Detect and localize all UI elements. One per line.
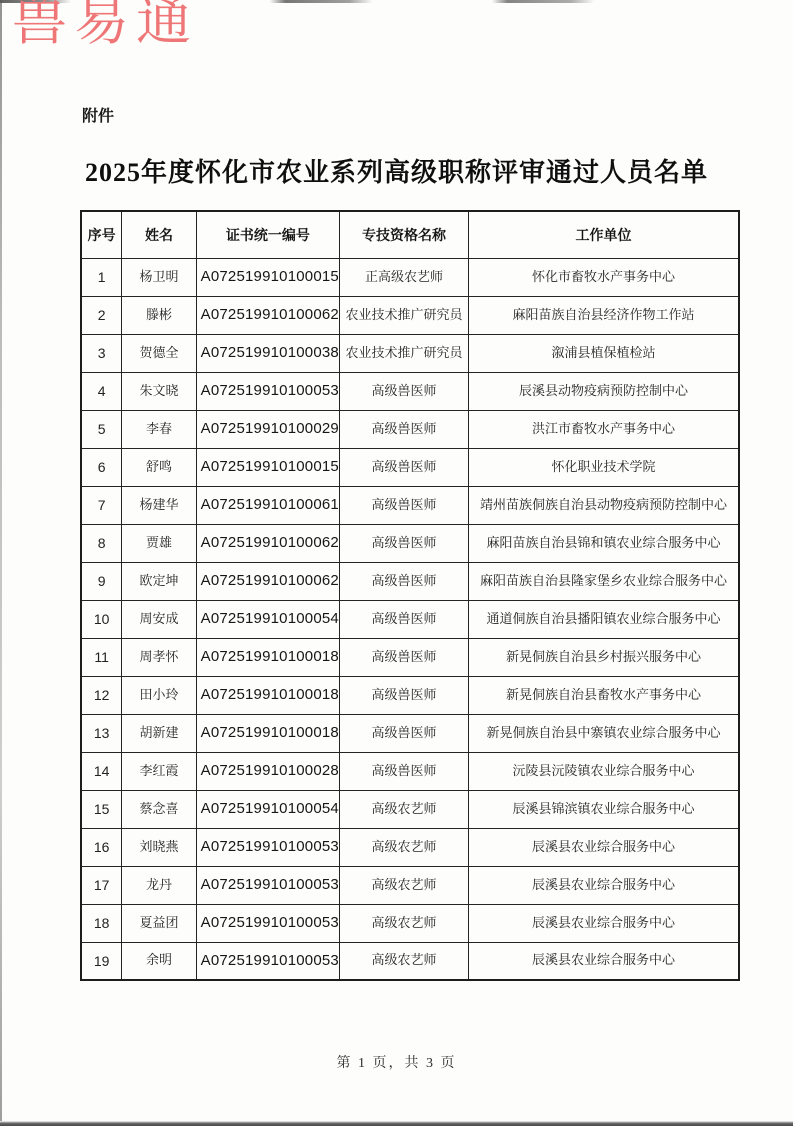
- cell-cert: A0725199101000543: [196, 600, 339, 638]
- cell-unit: 溆浦县植保植检站: [469, 334, 739, 372]
- cell-index: 14: [81, 752, 122, 790]
- cell-qual: 农业技术推广研究员: [340, 296, 469, 334]
- cell-cert: A0725199101000623: [196, 562, 339, 600]
- cell-unit: 辰溪县动物疫病预防控制中心: [469, 372, 739, 410]
- cell-unit: 辰溪县农业综合服务中心: [469, 866, 739, 904]
- cell-cert: A0725199101000389: [196, 334, 339, 372]
- cell-cert: A0725199101000614: [196, 486, 339, 524]
- cell-cert: A0725199101000181: [196, 638, 339, 676]
- column-header-cert: 证书统一编号: [196, 211, 339, 258]
- cell-cert: A0725199101000154: [196, 258, 339, 296]
- cell-unit: 麻阳苗族自治县锦和镇农业综合服务中心: [469, 524, 739, 562]
- cell-qual: 高级兽医师: [340, 486, 469, 524]
- attachment-label: 附件: [82, 103, 114, 126]
- cell-qual: 高级兽医师: [340, 752, 469, 790]
- table-row: 7杨建华A0725199101000614高级兽医师靖州苗族侗族自治县动物疫病预…: [81, 486, 739, 524]
- cell-index: 15: [81, 790, 122, 828]
- roster-table: 序号姓名证书统一编号专技资格名称工作单位 1杨卫明A07251991010001…: [80, 210, 740, 981]
- cell-cert: A0725199101000535: [196, 904, 339, 942]
- cell-index: 16: [81, 828, 122, 866]
- cell-index: 2: [81, 296, 122, 334]
- column-header-index: 序号: [81, 211, 122, 258]
- cell-unit: 靖州苗族侗族自治县动物疫病预防控制中心: [469, 486, 739, 524]
- cell-qual: 高级兽医师: [340, 638, 469, 676]
- cell-unit: 怀化职业技术学院: [469, 448, 739, 486]
- cell-index: 13: [81, 714, 122, 752]
- column-header-name: 姓名: [122, 211, 196, 258]
- cell-unit: 辰溪县农业综合服务中心: [469, 828, 739, 866]
- table-row: 14李红霞A0725199101000283高级兽医师沅陵县沅陵镇农业综合服务中…: [81, 752, 739, 790]
- table-row: 12田小玲A0725199101000184高级兽医师新晃侗族自治县畜牧水产事务…: [81, 676, 739, 714]
- cell-name: 夏益团: [122, 904, 196, 942]
- cell-qual: 正高级农艺师: [340, 258, 469, 296]
- cell-qual: 高级农艺师: [340, 904, 469, 942]
- cell-name: 滕彬: [122, 296, 196, 334]
- cell-qual: 高级兽医师: [340, 448, 469, 486]
- cell-index: 8: [81, 524, 122, 562]
- cell-qual: 农业技术推广研究员: [340, 334, 469, 372]
- scan-artifact-bottom-edge: [0, 1121, 793, 1126]
- table-row: 18夏益团A0725199101000535高级农艺师辰溪县农业综合服务中心: [81, 904, 739, 942]
- cell-qual: 高级农艺师: [340, 942, 469, 980]
- roster-table-container: 序号姓名证书统一编号专技资格名称工作单位 1杨卫明A07251991010001…: [80, 210, 740, 981]
- scanned-document-page: 兽易通 附件 2025年度怀化市农业系列高级职称评审通过人员名单 序号姓名证书统…: [0, 0, 793, 1126]
- cell-cert: A0725199101000538: [196, 372, 339, 410]
- column-header-qual: 专技资格名称: [340, 211, 469, 258]
- cell-name: 贺德全: [122, 334, 196, 372]
- table-row: 11周孝怀A0725199101000181高级兽医师新晃侗族自治县乡村振兴服务…: [81, 638, 739, 676]
- table-row: 3贺德全A0725199101000389农业技术推广研究员溆浦县植保植检站: [81, 334, 739, 372]
- cell-qual: 高级农艺师: [340, 866, 469, 904]
- cell-unit: 洪江市畜牧水产事务中心: [469, 410, 739, 448]
- cell-unit: 麻阳苗族自治县隆家堡乡农业综合服务中心: [469, 562, 739, 600]
- cell-name: 蔡念喜: [122, 790, 196, 828]
- cell-index: 5: [81, 410, 122, 448]
- cell-index: 1: [81, 258, 122, 296]
- cell-unit: 沅陵县沅陵镇农业综合服务中心: [469, 752, 739, 790]
- roster-table-body: 1杨卫明A0725199101000154正高级农艺师怀化市畜牧水产事务中心2滕…: [81, 258, 739, 980]
- table-row: 19余明A0725199101000532高级农艺师辰溪县农业综合服务中心: [81, 942, 739, 980]
- table-row: 8贾雄A0725199101000622高级兽医师麻阳苗族自治县锦和镇农业综合服…: [81, 524, 739, 562]
- column-header-unit: 工作单位: [469, 211, 739, 258]
- table-row: 17龙丹A0725199101000537高级农艺师辰溪县农业综合服务中心: [81, 866, 739, 904]
- cell-name: 龙丹: [122, 866, 196, 904]
- table-row: 10周安成A0725199101000543高级兽医师通道侗族自治县播阳镇农业综…: [81, 600, 739, 638]
- cell-qual: 高级兽医师: [340, 524, 469, 562]
- cell-index: 19: [81, 942, 122, 980]
- cell-cert: A0725199101000620: [196, 296, 339, 334]
- cell-name: 胡新建: [122, 714, 196, 752]
- cell-name: 杨卫明: [122, 258, 196, 296]
- cell-unit: 新晃侗族自治县乡村振兴服务中心: [469, 638, 739, 676]
- cell-name: 余明: [122, 942, 196, 980]
- cell-qual: 高级兽医师: [340, 600, 469, 638]
- cell-qual: 高级兽医师: [340, 676, 469, 714]
- cell-name: 舒鸣: [122, 448, 196, 486]
- cell-qual: 高级兽医师: [340, 372, 469, 410]
- cell-cert: A0725199101000534: [196, 828, 339, 866]
- cell-unit: 麻阳苗族自治县经济作物工作站: [469, 296, 739, 334]
- table-row: 4朱文晓A0725199101000538高级兽医师辰溪县动物疫病预防控制中心: [81, 372, 739, 410]
- cell-name: 朱文晓: [122, 372, 196, 410]
- cell-unit: 新晃侗族自治县畜牧水产事务中心: [469, 676, 739, 714]
- cell-cert: A0725199101000622: [196, 524, 339, 562]
- cell-cert: A0725199101000157: [196, 448, 339, 486]
- cell-index: 6: [81, 448, 122, 486]
- cell-cert: A0725199101000532: [196, 942, 339, 980]
- cell-cert: A0725199101000180: [196, 714, 339, 752]
- cell-cert: A0725199101000283: [196, 752, 339, 790]
- table-row: 1杨卫明A0725199101000154正高级农艺师怀化市畜牧水产事务中心: [81, 258, 739, 296]
- cell-name: 贾雄: [122, 524, 196, 562]
- cell-index: 17: [81, 866, 122, 904]
- table-row: 2滕彬A0725199101000620农业技术推广研究员麻阳苗族自治县经济作物…: [81, 296, 739, 334]
- cell-name: 李红霞: [122, 752, 196, 790]
- table-row: 5李春A0725199101000297高级兽医师洪江市畜牧水产事务中心: [81, 410, 739, 448]
- cell-unit: 辰溪县农业综合服务中心: [469, 904, 739, 942]
- cell-unit: 辰溪县农业综合服务中心: [469, 942, 739, 980]
- cell-unit: 怀化市畜牧水产事务中心: [469, 258, 739, 296]
- cell-name: 李春: [122, 410, 196, 448]
- cell-name: 欧定坤: [122, 562, 196, 600]
- cell-index: 12: [81, 676, 122, 714]
- cell-index: 7: [81, 486, 122, 524]
- cell-qual: 高级兽医师: [340, 562, 469, 600]
- cell-unit: 通道侗族自治县播阳镇农业综合服务中心: [469, 600, 739, 638]
- cell-name: 田小玲: [122, 676, 196, 714]
- header-row: 序号姓名证书统一编号专技资格名称工作单位: [81, 211, 739, 258]
- cell-index: 3: [81, 334, 122, 372]
- table-row: 15蔡念喜A0725199101000541高级农艺师辰溪县锦滨镇农业综合服务中…: [81, 790, 739, 828]
- cell-name: 周孝怀: [122, 638, 196, 676]
- page-number: 第 1 页，共 3 页: [0, 1052, 793, 1072]
- cell-name: 杨建华: [122, 486, 196, 524]
- cell-index: 9: [81, 562, 122, 600]
- cell-index: 18: [81, 904, 122, 942]
- table-row: 9欧定坤A0725199101000623高级兽医师麻阳苗族自治县隆家堡乡农业综…: [81, 562, 739, 600]
- cell-qual: 高级农艺师: [340, 790, 469, 828]
- cell-name: 刘晓燕: [122, 828, 196, 866]
- cell-unit: 新晃侗族自治县中寨镇农业综合服务中心: [469, 714, 739, 752]
- cell-qual: 高级农艺师: [340, 828, 469, 866]
- cell-cert: A0725199101000297: [196, 410, 339, 448]
- table-row: 13胡新建A0725199101000180高级兽医师新晃侗族自治县中寨镇农业综…: [81, 714, 739, 752]
- page-title: 2025年度怀化市农业系列高级职称评审通过人员名单: [0, 152, 793, 189]
- cell-qual: 高级兽医师: [340, 410, 469, 448]
- cell-cert: A0725199101000537: [196, 866, 339, 904]
- cell-cert: A0725199101000184: [196, 676, 339, 714]
- cell-unit: 辰溪县锦滨镇农业综合服务中心: [469, 790, 739, 828]
- cell-index: 11: [81, 638, 122, 676]
- table-row: 16刘晓燕A0725199101000534高级农艺师辰溪县农业综合服务中心: [81, 828, 739, 866]
- watermark-logo: 兽易通: [12, 0, 198, 52]
- cell-index: 10: [81, 600, 122, 638]
- table-row: 6舒鸣A0725199101000157高级兽医师怀化职业技术学院: [81, 448, 739, 486]
- cell-cert: A0725199101000541: [196, 790, 339, 828]
- cell-name: 周安成: [122, 600, 196, 638]
- cell-index: 4: [81, 372, 122, 410]
- cell-qual: 高级兽医师: [340, 714, 469, 752]
- roster-table-head: 序号姓名证书统一编号专技资格名称工作单位: [81, 211, 739, 258]
